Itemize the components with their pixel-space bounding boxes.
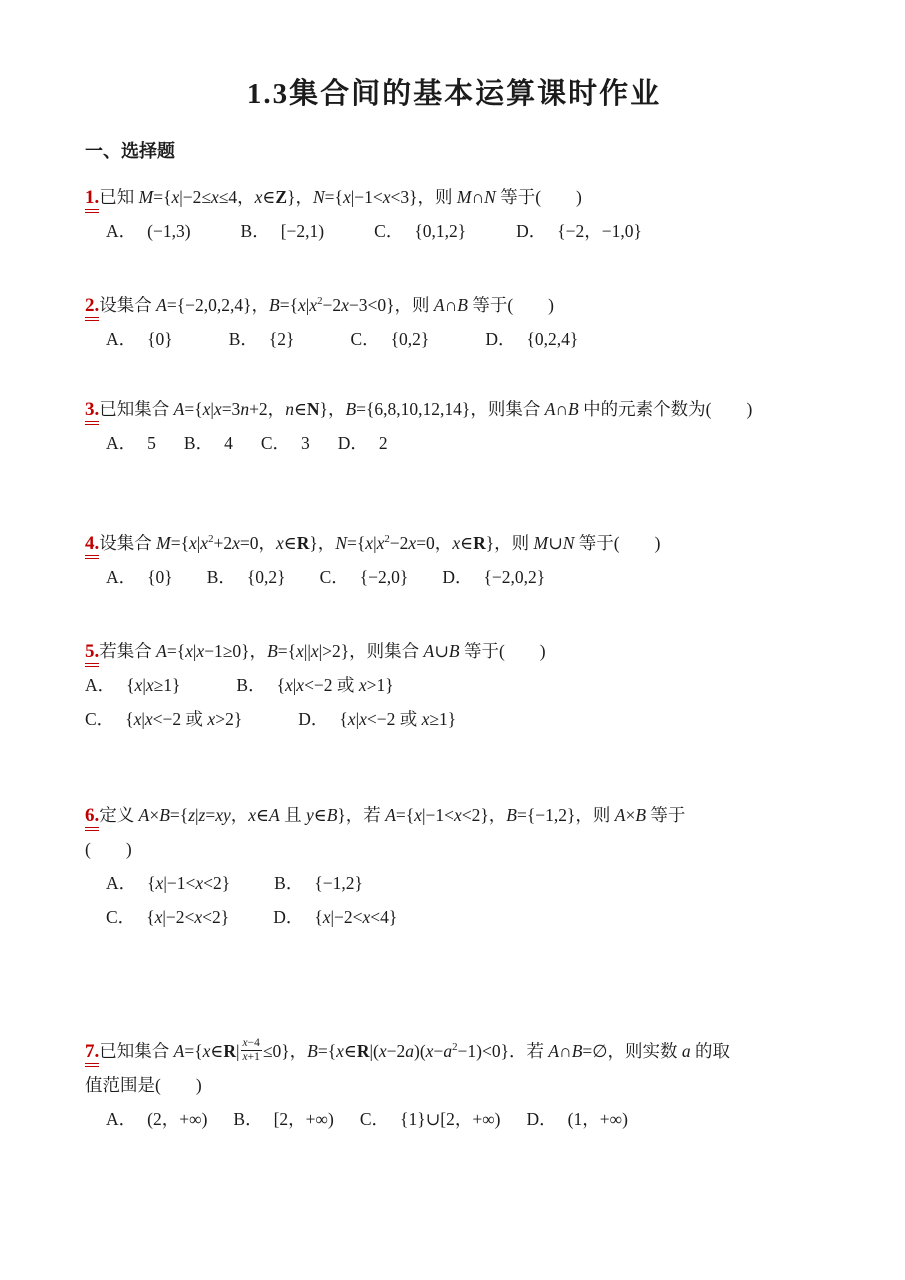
question-5: 5.若集合 A={x|x−1≥0}，B={x||x|>2}，则集合 A∪B 等于… — [85, 634, 823, 736]
question-3: 3.已知集合 A={x|x=3n+2，n∈N}，B={6,8,10,12,14}… — [85, 392, 823, 460]
worksheet-content: 1.3集合间的基本运算课时作业 一、选择题 1.已知 M={x|−2≤x≤4，x… — [0, 0, 905, 1136]
option-label: B． — [274, 873, 303, 893]
question-5-option-b: B．{x|x<−2 或 x>1} — [236, 668, 393, 702]
option-label: B． — [184, 433, 213, 453]
option-text: 2 — [379, 433, 388, 453]
option-text: (−1,3) — [147, 221, 190, 241]
question-3-number: 3. — [85, 399, 99, 425]
section-heading: 一、选择题 — [85, 138, 823, 164]
question-2-stem-line-1: 2.设集合 A={−2,0,2,4}，B={x|x2−2x−3<0}，则 A∩B… — [85, 288, 823, 322]
question-4-option-d: D．{−2,0,2} — [442, 560, 545, 594]
question-7-stem-line-1: 7.已知集合 A={x∈R|x−4x+1≤0}，B={x∈R|(x−2a)(x−… — [85, 1034, 823, 1068]
question-2-options-row-1: A．{0}B．{2}C．{0,2}D．{0,2,4} — [85, 322, 823, 356]
option-label: C． — [261, 433, 290, 453]
question-list: 1.已知 M={x|−2≤x≤4，x∈Z}，N={x|−1<x<3}，则 M∩N… — [85, 180, 823, 1136]
question-4: 4.设集合 M={x|x2+2x=0，x∈R}，N={x|x2−2x=0，x∈R… — [85, 526, 823, 594]
option-label: C． — [374, 221, 403, 241]
option-label: A． — [106, 329, 136, 349]
option-text: {x|−2<x<4} — [314, 907, 397, 927]
option-text: {0,2} — [247, 567, 286, 587]
question-7: 7.已知集合 A={x∈R|x−4x+1≤0}，B={x∈R|(x−2a)(x−… — [85, 1034, 823, 1136]
option-text: {x|x<−2 或 x>1} — [277, 675, 394, 695]
option-label: C． — [320, 567, 349, 587]
option-label: C． — [85, 709, 114, 729]
option-label: B． — [233, 1109, 262, 1129]
option-label: A． — [106, 1109, 136, 1129]
question-4-option-c: C．{−2,0} — [320, 560, 409, 594]
question-2-option-b: B．{2} — [229, 322, 295, 356]
option-text: {0} — [147, 567, 173, 587]
question-2-stem-text: 设集合 A={−2,0,2,4}，B={x|x2−2x−3<0}，则 A∩B 等… — [99, 295, 554, 315]
question-6-options-row-1: A．{x|−1<x<2}B．{−1,2} — [85, 866, 823, 900]
option-text: {0,2,4} — [526, 329, 578, 349]
question-6-number: 6. — [85, 805, 99, 831]
question-5-options-row-1: A．{x|x≥1}B．{x|x<−2 或 x>1} — [85, 668, 823, 702]
option-text: [−2,1) — [281, 221, 324, 241]
question-7-option-d: D．(1，+∞) — [527, 1102, 628, 1136]
option-text: (1，+∞) — [568, 1109, 628, 1129]
question-1-option-c: C．{0,1,2} — [374, 214, 466, 248]
question-4-number: 4. — [85, 533, 99, 559]
question-6-option-d: D．{x|−2<x<4} — [273, 900, 397, 934]
question-6-option-b: B．{−1,2} — [274, 866, 363, 900]
option-text: {−2,0} — [360, 567, 409, 587]
question-4-stem-text: 设集合 M={x|x2+2x=0，x∈R}，N={x|x2−2x=0，x∈R}，… — [99, 533, 660, 553]
option-label: A． — [85, 675, 115, 695]
option-text: {0,2} — [391, 329, 430, 349]
option-label: D． — [298, 709, 328, 729]
question-3-options-row-1: A．5B．4C．3D．2 — [85, 426, 823, 460]
question-7-option-c: C．{1}∪[2，+∞) — [360, 1102, 501, 1136]
question-7-stem-text: 值范围是( ) — [85, 1075, 202, 1095]
question-4-option-b: B．{0,2} — [207, 560, 286, 594]
question-6: 6.定义 A×B={z|z=xy，x∈A 且 y∈B}，若 A={x|−1<x<… — [85, 798, 823, 934]
question-1-stem-line-1: 1.已知 M={x|−2≤x≤4，x∈Z}，N={x|−1<x<3}，则 M∩N… — [85, 180, 823, 214]
question-7-stem-text: 已知集合 A={x∈R|x−4x+1≤0}，B={x∈R|(x−2a)(x−a2… — [99, 1041, 730, 1061]
question-7-stem-line-2: 值范围是( ) — [85, 1068, 823, 1102]
question-1-option-b: B．[−2,1) — [241, 214, 325, 248]
option-label: D． — [338, 433, 368, 453]
question-6-stem-line-1: 6.定义 A×B={z|z=xy，x∈A 且 y∈B}，若 A={x|−1<x<… — [85, 798, 823, 832]
question-1-option-a: A．(−1,3) — [106, 214, 191, 248]
question-5-option-d: D．{x|x<−2 或 x≥1} — [298, 702, 456, 736]
option-text: 3 — [301, 433, 310, 453]
option-text: {−2,0,2} — [483, 567, 545, 587]
option-text: {x|−2<x<2} — [146, 907, 229, 927]
option-label: D． — [442, 567, 472, 587]
option-label: A． — [106, 221, 136, 241]
question-2: 2.设集合 A={−2,0,2,4}，B={x|x2−2x−3<0}，则 A∩B… — [85, 288, 823, 356]
option-text: {0} — [147, 329, 173, 349]
question-4-option-a: A．{0} — [106, 560, 173, 594]
question-6-stem-text: 定义 A×B={z|z=xy，x∈A 且 y∈B}，若 A={x|−1<x<2}… — [99, 805, 685, 825]
question-4-options-row-1: A．{0}B．{0,2}C．{−2,0}D．{−2,0,2} — [85, 560, 823, 594]
option-text: {x|x≥1} — [126, 675, 180, 695]
question-5-option-a: A．{x|x≥1} — [85, 668, 180, 702]
question-7-options-row-1: A．(2，+∞)B．[2，+∞)C．{1}∪[2，+∞)D．(1，+∞) — [85, 1102, 823, 1136]
question-5-stem-line-1: 5.若集合 A={x|x−1≥0}，B={x||x|>2}，则集合 A∪B 等于… — [85, 634, 823, 668]
option-label: B． — [241, 221, 270, 241]
worksheet-page: 1.3集合间的基本运算课时作业 一、选择题 1.已知 M={x|−2≤x≤4，x… — [0, 0, 905, 1280]
option-text: {−2，−1,0} — [557, 221, 642, 241]
question-1: 1.已知 M={x|−2≤x≤4，x∈Z}，N={x|−1<x<3}，则 M∩N… — [85, 180, 823, 248]
option-text: {x|x<−2 或 x>2} — [125, 709, 242, 729]
question-6-options-row-2: C．{x|−2<x<2}D．{x|−2<x<4} — [85, 900, 823, 934]
option-label: D． — [527, 1109, 557, 1129]
option-label: C． — [360, 1109, 389, 1129]
question-5-option-c: C．{x|x<−2 或 x>2} — [85, 702, 242, 736]
question-7-number: 7. — [85, 1041, 99, 1067]
option-text: {x|x<−2 或 x≥1} — [339, 709, 456, 729]
option-text: [2，+∞) — [274, 1109, 334, 1129]
question-7-option-a: A．(2，+∞) — [106, 1102, 207, 1136]
option-text: {−1,2} — [314, 873, 363, 893]
question-6-stem-text: ( ) — [85, 839, 132, 859]
page-title: 1.3集合间的基本运算课时作业 — [85, 76, 823, 112]
option-label: D． — [273, 907, 303, 927]
option-label: C． — [350, 329, 379, 349]
option-label: A． — [106, 433, 136, 453]
option-label: D． — [516, 221, 546, 241]
question-1-number: 1. — [85, 187, 99, 213]
option-label: C． — [106, 907, 135, 927]
question-3-option-d: D．2 — [338, 426, 388, 460]
question-3-option-c: C．3 — [261, 426, 310, 460]
question-7-option-b: B．[2，+∞) — [233, 1102, 333, 1136]
question-2-option-a: A．{0} — [106, 322, 173, 356]
question-3-option-b: B．4 — [184, 426, 233, 460]
question-2-number: 2. — [85, 295, 99, 321]
option-text: {2} — [269, 329, 295, 349]
question-1-options-row-1: A．(−1,3)B．[−2,1)C．{0,1,2}D．{−2，−1,0} — [85, 214, 823, 248]
question-4-stem-line-1: 4.设集合 M={x|x2+2x=0，x∈R}，N={x|x2−2x=0，x∈R… — [85, 526, 823, 560]
option-label: B． — [229, 329, 258, 349]
question-5-number: 5. — [85, 641, 99, 667]
option-label: D． — [485, 329, 515, 349]
option-text: (2，+∞) — [147, 1109, 207, 1129]
option-label: B． — [207, 567, 236, 587]
option-text: 5 — [147, 433, 156, 453]
option-label: A． — [106, 567, 136, 587]
question-6-option-c: C．{x|−2<x<2} — [106, 900, 229, 934]
question-3-stem-text: 已知集合 A={x|x=3n+2，n∈N}，B={6,8,10,12,14}，则… — [99, 399, 752, 419]
option-text: 4 — [224, 433, 233, 453]
fraction: x−4x+1 — [241, 1037, 262, 1066]
question-3-stem-line-1: 3.已知集合 A={x|x=3n+2，n∈N}，B={6,8,10,12,14}… — [85, 392, 823, 426]
option-text: {x|−1<x<2} — [147, 873, 230, 893]
question-6-option-a: A．{x|−1<x<2} — [106, 866, 230, 900]
question-5-options-row-2: C．{x|x<−2 或 x>2}D．{x|x<−2 或 x≥1} — [85, 702, 823, 736]
option-label: A． — [106, 873, 136, 893]
option-text: {1}∪[2，+∞) — [400, 1109, 500, 1129]
question-2-option-d: D．{0,2,4} — [485, 322, 578, 356]
question-1-option-d: D．{−2，−1,0} — [516, 214, 642, 248]
option-label: B． — [236, 675, 265, 695]
question-6-stem-line-2: ( ) — [85, 832, 823, 866]
question-1-stem-text: 已知 M={x|−2≤x≤4，x∈Z}，N={x|−1<x<3}，则 M∩N 等… — [99, 187, 582, 207]
question-5-stem-text: 若集合 A={x|x−1≥0}，B={x||x|>2}，则集合 A∪B 等于( … — [99, 641, 545, 661]
question-3-option-a: A．5 — [106, 426, 156, 460]
option-text: {0,1,2} — [414, 221, 466, 241]
question-2-option-c: C．{0,2} — [350, 322, 429, 356]
